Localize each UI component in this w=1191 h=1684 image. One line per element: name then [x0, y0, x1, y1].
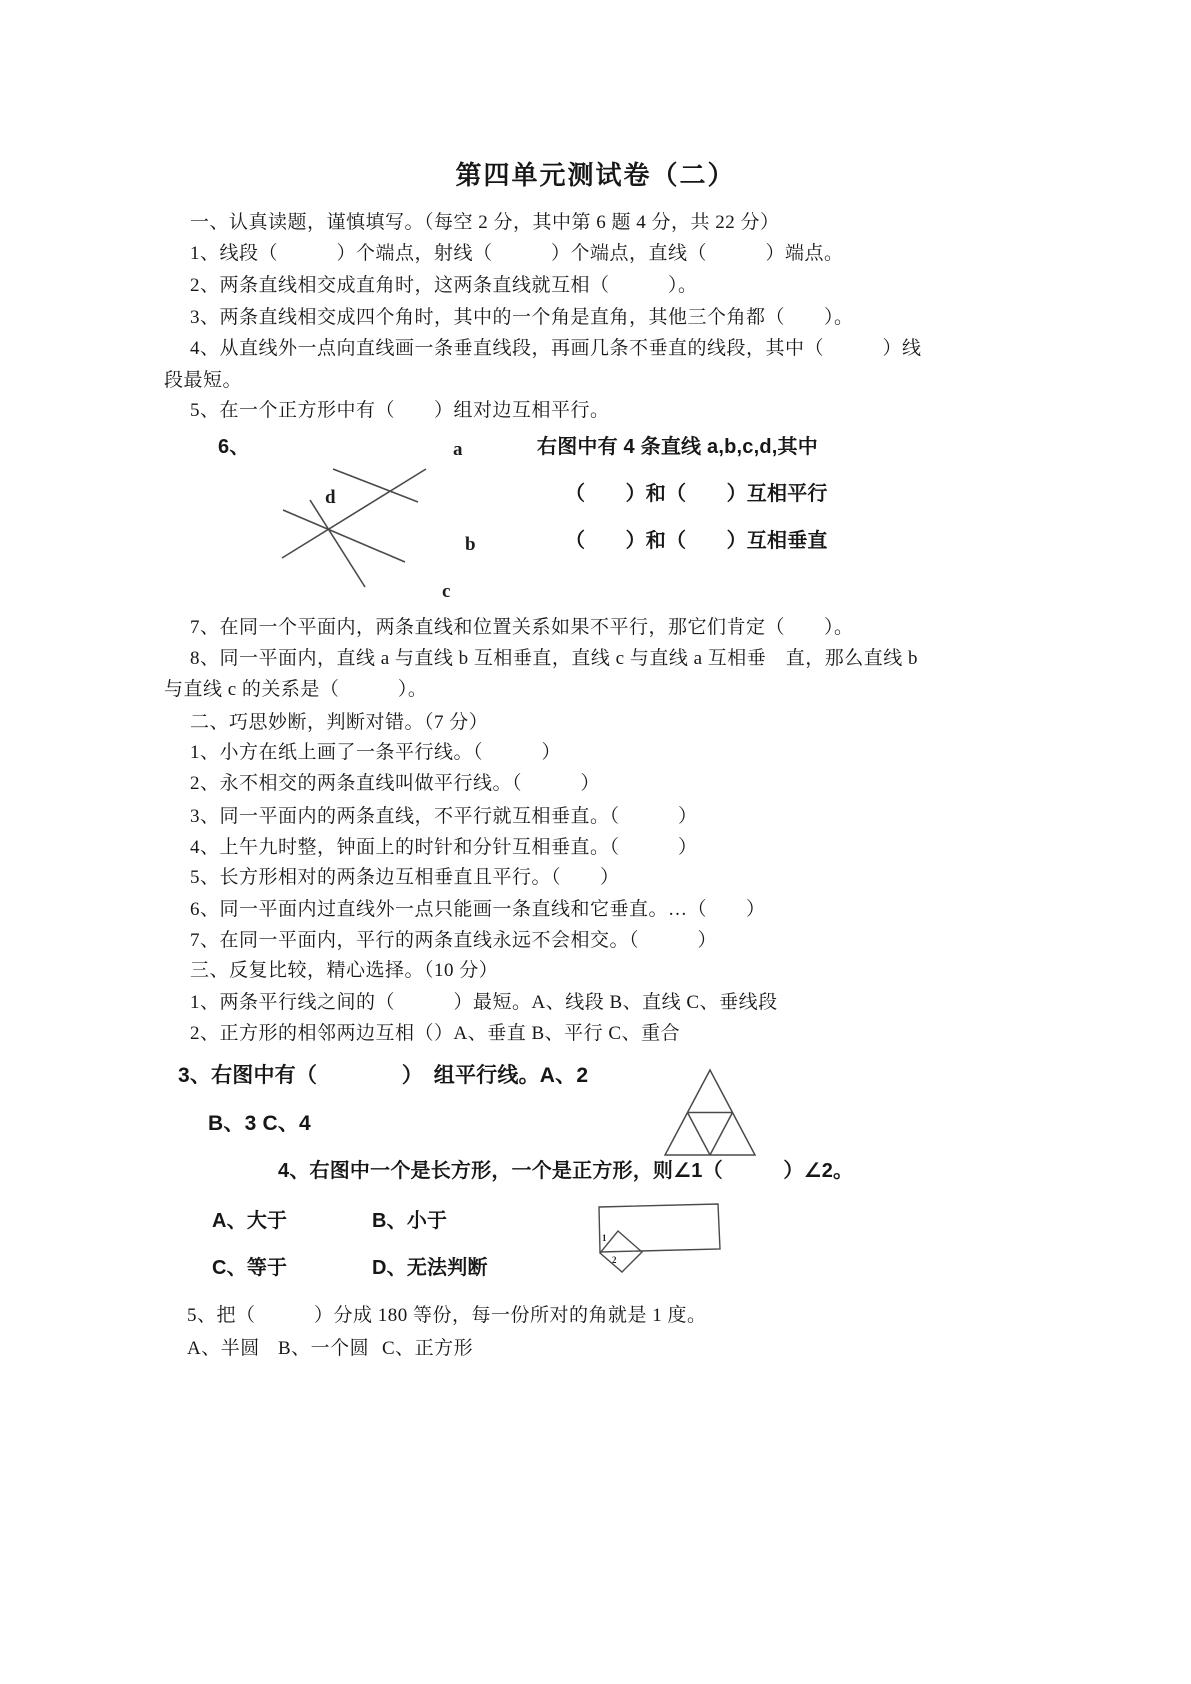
s3-q4-option-b: B、小于	[372, 1210, 447, 1232]
s1-q4-line1: 4、从直线外一点向直线画一条垂直线段，再画几条不垂直的线段，其中（ ）线	[190, 338, 922, 360]
s1-q7: 7、在同一个平面内，两条直线和位置关系如果不平行，那它们肯定（ ）。	[190, 617, 854, 639]
rectangle-shape	[599, 1204, 720, 1252]
test-paper-page: 第四单元测试卷（二） 一、认真读题，谨慎填写。（每空 2 分，其中第 6 题 4…	[0, 0, 1191, 1684]
section1-heading: 一、认真读题，谨慎填写。（每空 2 分，其中第 6 题 4 分，共 22 分）	[190, 212, 780, 234]
s3-q4-option-d: D、无法判断	[372, 1257, 488, 1279]
s3-q4-option-c: C、等于	[212, 1257, 287, 1279]
section2-heading: 二、巧思妙断，判断对错。（7 分）	[190, 712, 488, 734]
s3-q1: 1、两条平行线之间的（ ）最短。A、线段 B、直线 C、垂线段	[190, 992, 778, 1014]
label-line-b: b	[465, 534, 476, 555]
s3-q3-line2: B、3 C、4	[208, 1113, 311, 1135]
s3-q5-option-b: B、一个圆	[278, 1338, 369, 1360]
s1-q4-line2: 段最短。	[164, 370, 242, 392]
s1-q6-parallel-blank: （ ）和（ ）互相平行	[565, 483, 828, 505]
angle-2-label: 2	[612, 1255, 617, 1265]
s3-q5: 5、把（ ）分成 180 等份，每一份所对的角就是 1 度。	[187, 1305, 707, 1327]
s2-q6: 6、同一平面内过直线外一点只能画一条直线和它垂直。…（ ）	[190, 899, 766, 921]
inner-left-line	[688, 1113, 711, 1156]
triangle-figure	[655, 1058, 765, 1163]
inner-right-line	[710, 1113, 733, 1156]
s1-q1: 1、线段（ ）个端点，射线（ ）个端点，直线（ ）端点。	[190, 243, 844, 265]
section3-heading: 三、反复比较，精心选择。（10 分）	[190, 960, 498, 982]
line-c	[310, 500, 365, 587]
line-d	[333, 469, 418, 502]
label-line-c: c	[442, 581, 450, 602]
s2-q3: 3、同一平面内的两条直线，不平行就互相垂直。（ ）	[190, 806, 698, 828]
s3-q3-line1: 3、右图中有（ ） 组平行线。A、2	[178, 1065, 588, 1087]
s1-q5: 5、在一个正方形中有（ ）组对边互相平行。	[190, 400, 610, 422]
label-line-d: d	[325, 487, 336, 508]
rectangle-square-figure: 1 2	[585, 1193, 750, 1285]
s2-q4: 4、上午九时整，钟面上的时针和分针互相垂直。（ ）	[190, 837, 698, 859]
paper-title: 第四单元测试卷（二）	[0, 155, 1191, 192]
s3-q5-option-c: C、正方形	[382, 1338, 473, 1360]
line-a	[282, 469, 426, 558]
s2-q5: 5、长方形相对的两条边互相垂直且平行。（ ）	[190, 867, 620, 889]
s2-q7: 7、在同一平面内，平行的两条直线永远不会相交。（ ）	[190, 930, 717, 952]
s3-q4-option-a: A、大于	[212, 1210, 287, 1232]
angle-1-label: 1	[602, 1233, 607, 1243]
s1-q6-perpendicular-blank: （ ）和（ ）互相垂直	[565, 530, 828, 552]
s3-q5-option-a: A、半圆	[187, 1338, 260, 1360]
label-line-a: a	[453, 439, 463, 460]
s1-q8-line2: 与直线 c 的关系是（ ）。	[164, 679, 427, 701]
s1-q8-line1: 8、同一平面内，直线 a 与直线 b 互相垂直，直线 c 与直线 a 互相垂 直…	[190, 648, 918, 670]
s3-q4: 4、右图中一个是长方形，一个是正方形，则∠1（ ）∠2。	[278, 1160, 853, 1182]
s2-q1: 1、小方在纸上画了一条平行线。（ ）	[190, 742, 561, 764]
s1-q6-intro: 右图中有 4 条直线 a,b,c,d,其中	[537, 436, 818, 458]
s3-q2: 2、正方形的相邻两边互相（）A、垂直 B、平行 C、重合	[190, 1023, 680, 1045]
s2-q2: 2、永不相交的两条直线叫做平行线。（ ）	[190, 773, 600, 795]
lines-figure: a d b c	[240, 430, 490, 605]
s1-q2: 2、两条直线相交成直角时，这两条直线就互相（ ）。	[190, 275, 698, 297]
s1-q3: 3、两条直线相交成四个角时，其中的一个角是直角，其他三个角都（ ）。	[190, 307, 854, 329]
